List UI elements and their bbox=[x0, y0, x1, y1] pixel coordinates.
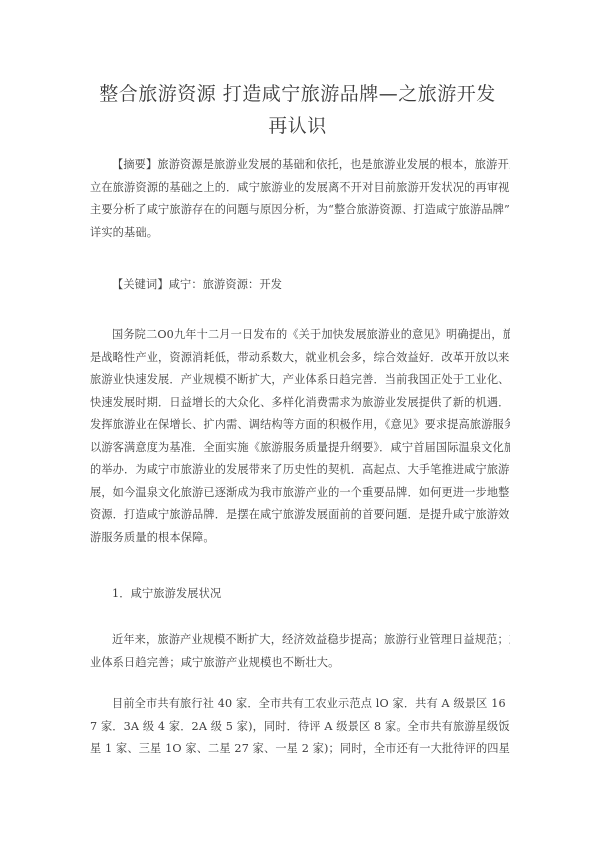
intro-line: 旅游业快速发展．产业规模不断扩大，产业体系日趋完善．当前我国正处于工业化、城镇化 bbox=[90, 369, 510, 392]
document-title: 整合旅游资源 打造咸宁旅游品牌—之旅游开发 再认识 bbox=[60, 78, 535, 142]
intro-line: 展，如今温泉文化旅游已逐渐成为我市旅游产业的一个重要品牌．如何更进一步地整合旅游 bbox=[90, 482, 510, 505]
abstract-paragraph: 【摘要】旅游资源是旅游业发展的基础和依托，也是旅游业发展的根本，旅游开发是建 立… bbox=[90, 154, 510, 244]
abstract-line: 【摘要】旅游资源是旅游业发展的基础和依托，也是旅游业发展的根本，旅游开发是建 bbox=[90, 154, 510, 177]
section-heading: 1．咸宁旅游发展状况 bbox=[90, 583, 510, 606]
keywords-paragraph: 【关键词】咸宁：旅游资源：开发 bbox=[90, 274, 510, 297]
abstract-line: 立在旅游资源的基础之上的．咸宁旅游业的发展离不开对目前旅游开发状况的再审视．本文 bbox=[90, 177, 510, 200]
intro-line: 快速发展时期．日益增长的大众化、多样化消费需求为旅游业发展提供了新的机遇．为充分 bbox=[90, 392, 510, 415]
body-line: 7 家．3A 级 4 家．2A 级 5 家)，同时．待评 A 级景区 8 家。全… bbox=[90, 716, 510, 739]
intro-line: 的举办．为咸宁市旅游业的发展带来了历史性的契机．高起点、大手笔推进咸宁旅游经济发 bbox=[90, 459, 510, 482]
abstract-line: 详实的基础。 bbox=[90, 222, 510, 245]
body-line: 近年来，旅游产业规模不断扩大，经济效益稳步提高；旅游行业管理日益规范；旅游产 bbox=[90, 629, 510, 652]
intro-line: 以游客满意度为基准．全面实施《旅游服务质量提升纲要》．咸宁首届国际温泉文化旅游节 bbox=[90, 437, 510, 460]
section-1-paragraph-2: 目前全市共有旅行社 40 家．全市共有工农业示范点 lO 家．共有 A 级景区 … bbox=[90, 693, 510, 761]
section-1-heading: 1．咸宁旅游发展状况 bbox=[90, 583, 510, 606]
abstract-line: 主要分析了咸宁旅游存在的问题与原因分析，为“整合旅游资源、打造咸宁旅游品牌”打下 bbox=[90, 199, 510, 222]
intro-line: 资源．打造咸宁旅游品牌．是摆在咸宁旅游发展面前的首要问题．是提升咸宁旅游效益和旅 bbox=[90, 504, 510, 527]
section-1-paragraph-1: 近年来，旅游产业规模不断扩大，经济效益稳步提高；旅游行业管理日益规范；旅游产 业… bbox=[90, 629, 510, 674]
title-line: 再认识 bbox=[60, 110, 535, 142]
keywords-line: 【关键词】咸宁：旅游资源：开发 bbox=[90, 274, 510, 297]
intro-paragraph: 国务院二O0九年十二月一日发布的《关于加快发展旅游业的意见》明确提出，旅游业 是… bbox=[90, 324, 510, 549]
body-line: 星 1 家、三星 1O 家、二星 27 家、一星 2 家)；同时，全市还有一大批… bbox=[90, 738, 510, 761]
title-line: 整合旅游资源 打造咸宁旅游品牌—之旅游开发 bbox=[60, 78, 535, 110]
intro-line: 是战略性产业，资源消耗低，带动系数大，就业机会多，综合效益好．改革开放以来，我国 bbox=[90, 347, 510, 370]
intro-line: 发挥旅游业在保增长、扩内需、调结构等方面的积极作用，《意见》要求提高旅游服务水平… bbox=[90, 414, 510, 437]
body-line: 业体系日趋完善；咸宁旅游产业规模也不断壮大。 bbox=[90, 652, 510, 675]
intro-line: 国务院二O0九年十二月一日发布的《关于加快发展旅游业的意见》明确提出，旅游业 bbox=[90, 324, 510, 347]
body-line: 目前全市共有旅行社 40 家．全市共有工农业示范点 lO 家．共有 A 级景区 … bbox=[90, 693, 510, 716]
intro-line: 游服务质量的根本保障。 bbox=[90, 527, 510, 550]
